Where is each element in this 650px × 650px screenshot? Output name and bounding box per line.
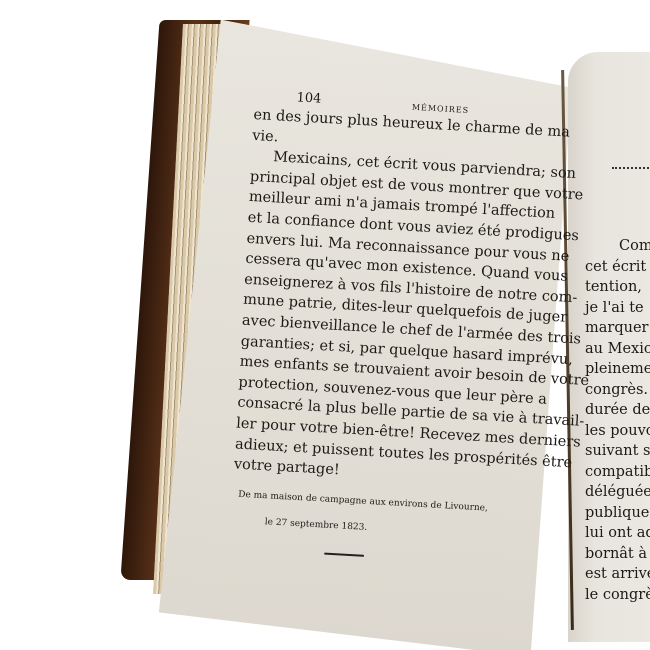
signature-place: De ma maison de campagne aux environs de… bbox=[232, 487, 517, 517]
text-line: au Mexic bbox=[585, 339, 650, 360]
text-line: publique et bbox=[585, 503, 650, 524]
page-number: 104 bbox=[296, 90, 322, 106]
text-line: tention, bbox=[585, 277, 650, 298]
text-line: lui ont adr bbox=[585, 523, 650, 544]
running-title: MÉMOIRES bbox=[412, 103, 470, 115]
text-line: déléguée, e bbox=[585, 482, 650, 503]
text-line: congrès. ( bbox=[585, 380, 650, 401]
text-line: le congrès à bbox=[585, 585, 650, 606]
text-line: suivant son bbox=[585, 441, 650, 462]
text-line: Comm bbox=[585, 236, 650, 257]
right-page-text: Comm cet écrit tention, je l'ai te marqu… bbox=[585, 236, 650, 605]
text-line: durée de bbox=[585, 400, 650, 421]
text-line: bornât à rég bbox=[585, 544, 650, 565]
open-book-photo: 104 MÉMOIRES en des jours plus heureux l… bbox=[0, 0, 650, 650]
dotted-rule bbox=[612, 167, 650, 169]
left-page-text: 104 MÉMOIRES en des jours plus heureux l… bbox=[229, 88, 539, 565]
text-line: je l'ai te bbox=[585, 298, 650, 319]
text-line: pleinemer bbox=[585, 359, 650, 380]
signature-date: le 27 septembre 1823. bbox=[230, 513, 515, 543]
text-line: est arrivé de bbox=[585, 564, 650, 585]
text-line: les pouvoi bbox=[585, 421, 650, 442]
text-line: marquer bbox=[585, 318, 650, 339]
text-line: compatible bbox=[585, 462, 650, 483]
text-line: cet écrit bbox=[585, 257, 650, 278]
